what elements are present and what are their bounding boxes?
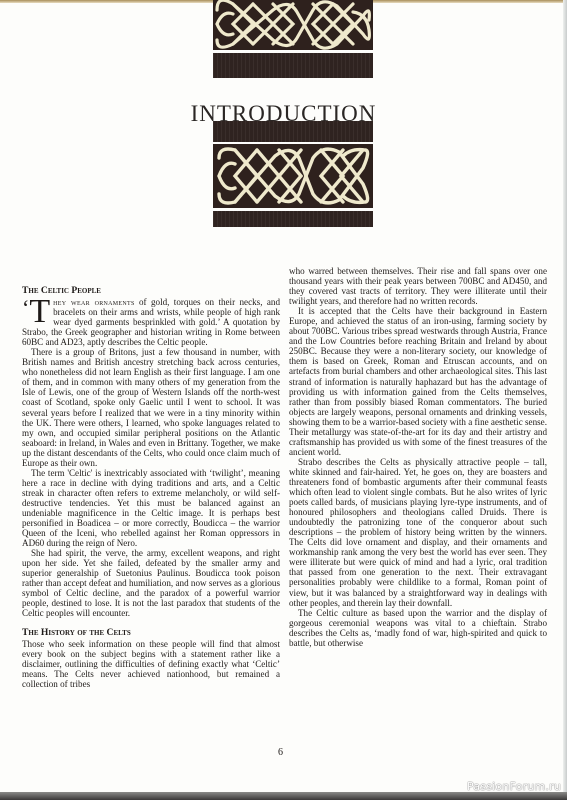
section-heading-history: The History of the Celts [22,628,280,638]
bottom-dark-bar [213,211,373,227]
top-celtic-knot-band [213,0,373,50]
left-text-column: The Celtic People ‘They wear ornaments o… [22,286,280,689]
paragraph: Strabo describes the Celts as physically… [289,457,547,608]
right-text-column: who warred between themselves. Their ris… [289,266,547,648]
opening-paragraph: ‘They wear ornaments of gold, torques on… [22,297,280,347]
celtic-knot-icon [213,0,373,50]
top-dark-bar [213,53,373,78]
paragraph: There is a group of Britons, just a few … [22,347,280,468]
page-bottom-edge [0,792,567,800]
paragraph: It is accepted that the Celts have their… [289,306,547,457]
page-number: 6 [278,747,283,758]
paragraph: The Celtic culture as based upon the war… [289,608,547,648]
bottom-celtic-knot-band [213,144,373,208]
paragraph: Those who seek information on these peop… [22,639,280,689]
paragraph: The term 'Celtic' is inextricably associ… [22,468,280,548]
lower-dark-bar [213,121,373,142]
drop-cap: ‘T [22,298,50,325]
section-heading-celtic-people: The Celtic People [22,286,280,296]
celtic-knot-icon [213,144,373,208]
paragraph: She had spirit, the verve, the army, exc… [22,548,280,618]
paragraph: who warred between themselves. Their ris… [289,266,547,306]
